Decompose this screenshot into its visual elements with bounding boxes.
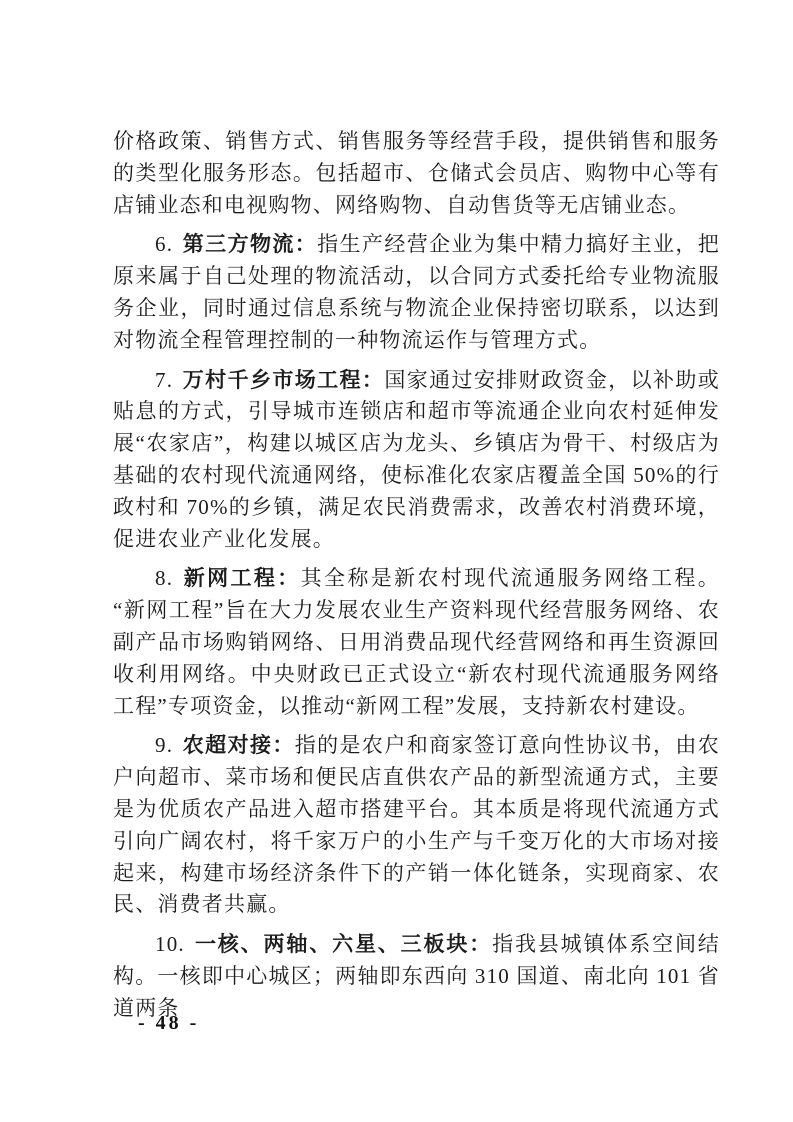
document-page: 价格政策、销售方式、销售服务等经营手段，提供销售和服务的类型化服务形态。包括超市… <box>0 0 793 1122</box>
page-number: - 48 - <box>138 1012 199 1035</box>
paragraph-text: 指的是农户和商家签订意向性协议书，由农户向超市、菜市场和便民店直供农产品的新型流… <box>113 733 720 916</box>
item-number: 7. <box>155 368 173 392</box>
term-label: 农超对接： <box>183 733 295 757</box>
paragraph: 10.一核、两轴、六星、三板块：指我县城镇体系空间结构。一核即中心城区；两轴即东… <box>113 929 720 1024</box>
term-label: 一核、两轴、六星、三板块： <box>194 932 492 956</box>
paragraph-text: 价格政策、销售方式、销售服务等经营手段，提供销售和服务的类型化服务形态。包括超市… <box>113 129 720 217</box>
term-label: 新网工程： <box>183 566 301 590</box>
paragraph: 8.新网工程：其全称是新农村现代流通服务网络工程。“新网工程”旨在大力发展农业生… <box>113 563 720 722</box>
item-number: 9. <box>155 733 173 757</box>
item-number: 6. <box>155 232 173 256</box>
term-label: 万村千乡市场工程： <box>183 368 385 392</box>
paragraph-text: 国家通过安排财政资金，以补助或贴息的方式，引导城市连锁店和超市等流通企业向农村延… <box>113 368 720 551</box>
document-body: 价格政策、销售方式、销售服务等经营手段，提供销售和服务的类型化服务形态。包括超市… <box>113 126 720 1025</box>
paragraph: 6.第三方物流：指生产经营企业为集中精力搞好主业，把原来属于自己处理的物流活动，… <box>113 229 720 356</box>
paragraph: 价格政策、销售方式、销售服务等经营手段，提供销售和服务的类型化服务形态。包括超市… <box>113 126 720 221</box>
paragraph: 9.农超对接：指的是农户和商家签订意向性协议书，由农户向超市、菜市场和便民店直供… <box>113 730 720 921</box>
item-number: 8. <box>155 566 173 590</box>
item-number: 10. <box>155 932 185 956</box>
paragraph: 7.万村千乡市场工程：国家通过安排财政资金，以补助或贴息的方式，引导城市连锁店和… <box>113 365 720 556</box>
term-label: 第三方物流： <box>183 232 318 256</box>
